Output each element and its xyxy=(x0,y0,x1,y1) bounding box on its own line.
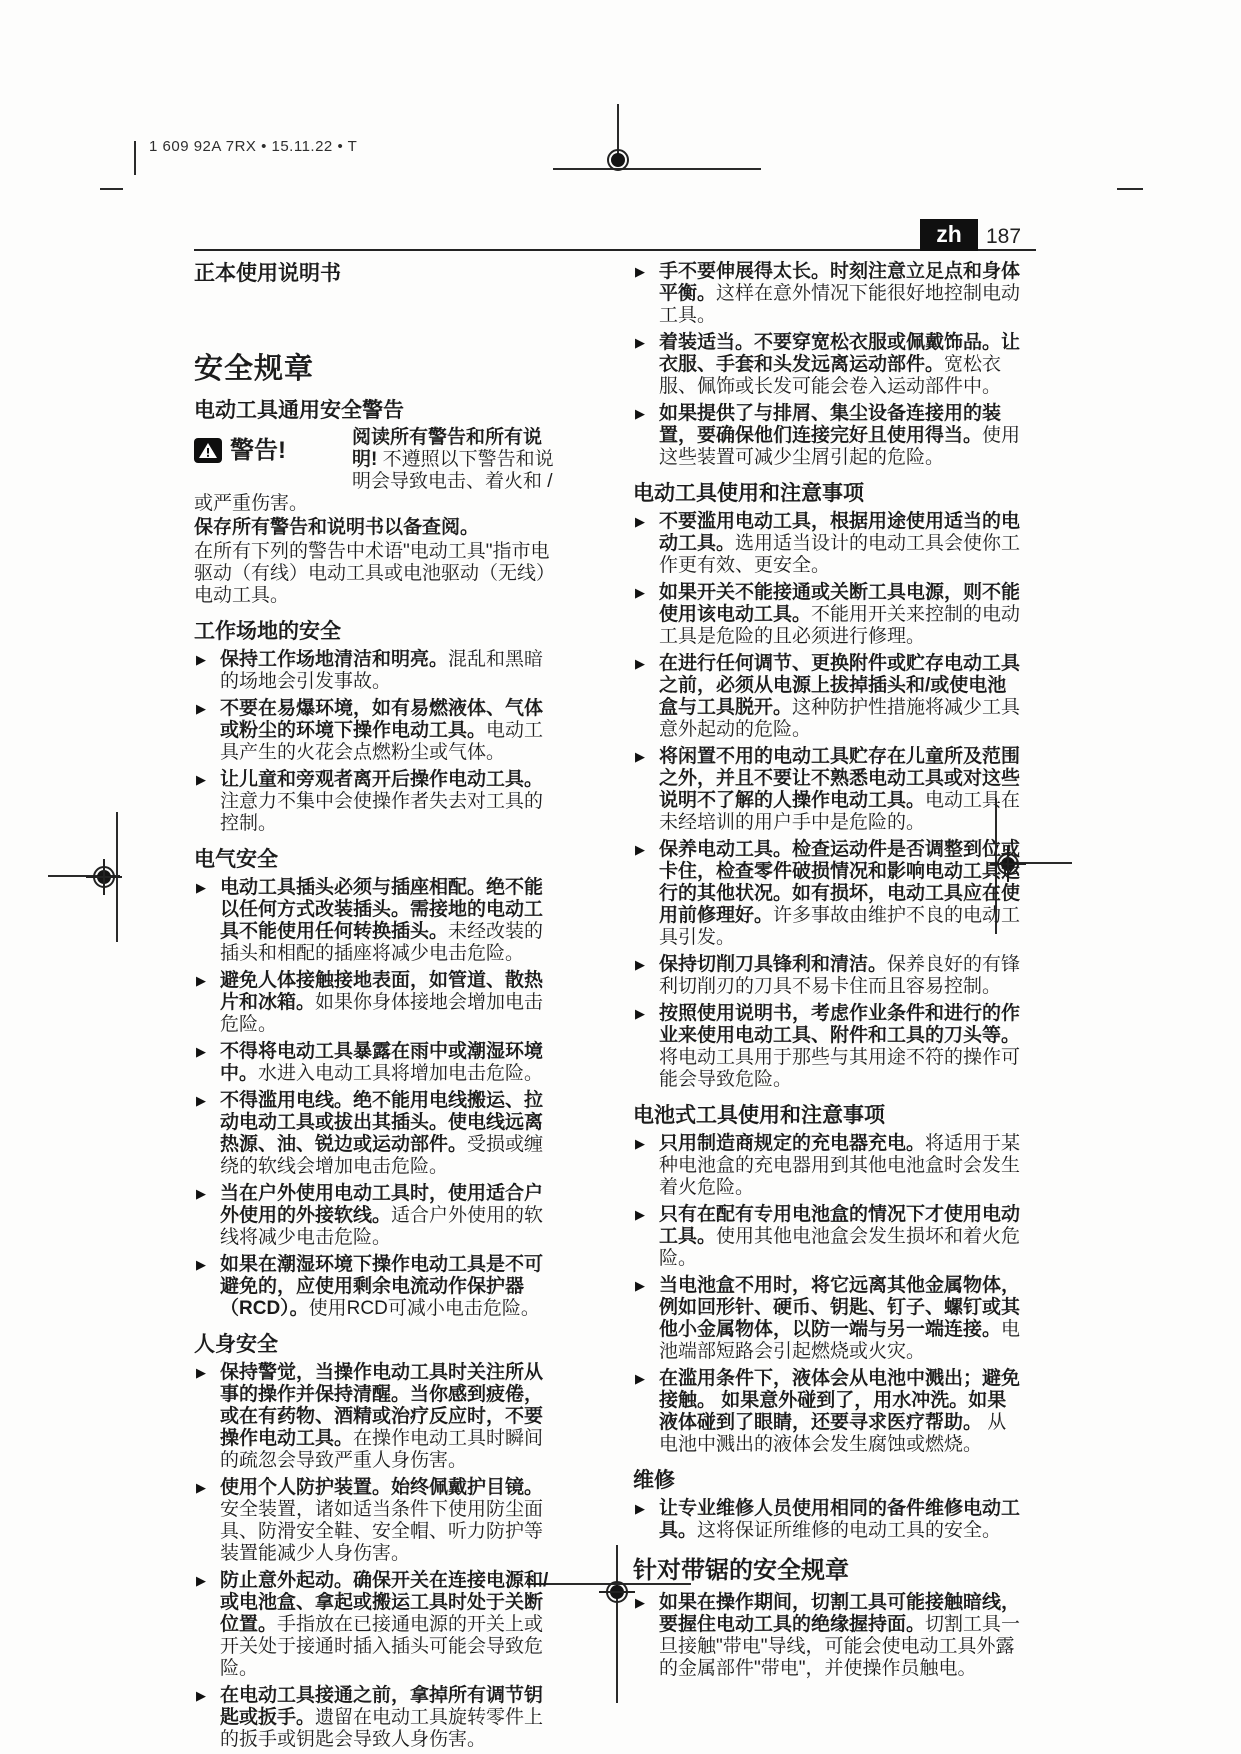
section-heading: 工作场地的安全 xyxy=(194,620,556,644)
bullet-arrow-icon: ▶ xyxy=(196,972,206,990)
bullet-arrow-icon: ▶ xyxy=(196,1687,206,1705)
safety-bullet-item: ▶让儿童和旁观者离开后操作电动工具。注意力不集中会使操作者失去对工具的控制。 xyxy=(194,769,556,835)
bullet-bold-text: 避免人体接触接地表面，如管道、散热片和冰箱。 xyxy=(220,970,543,1013)
bullet-bold-text: 只用制造商规定的充电器充电。 xyxy=(659,1133,925,1154)
bullet-arrow-icon: ▶ xyxy=(196,1364,206,1382)
bullet-text: 保持工作场地清洁和明亮。混乱和黑暗的场地会引发事故。 xyxy=(220,649,543,692)
warning-label: 警告! xyxy=(230,438,286,463)
section-heading: 电动工具通用安全警告 xyxy=(194,399,556,423)
safety-bullet-item: ▶在滥用条件下，液体会从电池中溅出；避免接触。 如果意外碰到了，用水冲洗。如果液… xyxy=(633,1368,1025,1456)
safety-bullet-item: ▶电动工具插头必须与插座相配。绝不能以任何方式改装插头。需接地的电动工具不能使用… xyxy=(194,877,556,965)
bullet-text: 如果在操作期间，切割工具可能接触暗线，要握住电动工具的绝缘握持面。切割工具一旦接… xyxy=(659,1592,1020,1679)
header-rule xyxy=(194,249,1036,251)
bullet-arrow-icon: ▶ xyxy=(196,700,206,718)
language-badge: zh xyxy=(920,219,978,251)
safety-bullet-item: ▶手不要伸展得太长。时刻注意立足点和身体平衡。这样在意外情况下能很好地控制电动工… xyxy=(633,261,1025,327)
safety-bullet-item: ▶不得滥用电线。绝不能用电线搬运、拉动电动工具或拔出其插头。使电线远离热源、油、… xyxy=(194,1090,556,1178)
warning-label-group: 警告! xyxy=(194,427,352,474)
safety-bullet-item: ▶避免人体接触接地表面，如管道、散热片和冰箱。如果你身体接地会增加电击危险。 xyxy=(194,970,556,1036)
bullet-text: 在滥用条件下，液体会从电池中溅出；避免接触。 如果意外碰到了，用水冲洗。如果液体… xyxy=(659,1368,1020,1455)
bullet-text: 避免人体接触接地表面，如管道、散热片和冰箱。如果你身体接地会增加电击危险。 xyxy=(220,970,543,1035)
bullet-text: 着装适当。不要穿宽松衣服或佩戴饰品。让衣服、手套和头发远离运动部件。宽松衣服、佩… xyxy=(659,332,1020,397)
bullet-text: 不要在易爆环境，如有易燃液体、气体或粉尘的环境下操作电动工具。电动工具产生的火花… xyxy=(220,698,543,763)
bullet-bold-text: 如果在潮湿环境下操作电动工具是不可避免的，应使用剩余电流动作保护器（RCD）。 xyxy=(220,1254,543,1319)
bullet-bold-text: 保养电动工具。检查运动件是否调整到位或卡住，检查零件破损情况和影响电动工具运行的… xyxy=(659,839,1020,926)
bullet-bold-text: 防止意外起动。确保开关在连接电源和/或电池盒、拿起或搬运工具时处于关断位置。 xyxy=(220,1570,548,1635)
section-heading: 电气安全 xyxy=(194,848,556,872)
bullet-text: 当电池盒不用时，将它远离其他金属物体，例如回形针、硬币、钥匙、钉子、螺钉或其他小… xyxy=(659,1275,1020,1362)
bullet-arrow-icon: ▶ xyxy=(635,1500,645,1518)
bullet-bold-text: 在滥用条件下，液体会从电池中溅出；避免接触。 如果意外碰到了，用水冲洗。如果液体… xyxy=(659,1368,1020,1433)
safety-bullet-item: ▶只用制造商规定的充电器充电。将适用于某种电池盒的充电器用到其他电池盒时会发生着… xyxy=(633,1133,1025,1199)
safety-bullet-item: ▶不得将电动工具暴露在雨中或潮湿环境中。水进入电动工具将增加电击危险。 xyxy=(194,1041,556,1085)
bullet-bold-text: 保持工作场地清洁和明亮。 xyxy=(220,649,448,670)
bullet-bold-text: 在电动工具接通之前，拿掉所有调节钥匙或扳手。 xyxy=(220,1685,543,1728)
document-code: 1 609 92A 7RX • 15.11.22 • T xyxy=(149,138,357,155)
crop-mark xyxy=(616,1545,618,1703)
bullet-arrow-icon: ▶ xyxy=(196,651,206,669)
bullet-text: 不得滥用电线。绝不能用电线搬运、拉动电动工具或拔出其插头。使电线远离热源、油、锐… xyxy=(220,1090,543,1177)
safety-bullet-item: ▶保持警觉，当操作电动工具时关注所从事的操作并保持清醒。当你感到疲倦，或在有药物… xyxy=(194,1362,556,1472)
bullet-arrow-icon: ▶ xyxy=(196,1256,206,1274)
bullet-arrow-icon: ▶ xyxy=(635,1594,645,1612)
bullet-text: 保持切削刀具锋利和清洁。保养良好的有锋利切削刃的刀具不易卡住而且容易控制。 xyxy=(659,954,1020,997)
warning-note: 警告!阅读所有警告和所有说明! 不遵照以下警告和说明会导致电击、着火和 / 或严… xyxy=(194,427,556,515)
safety-bullet-item: ▶如果提供了与排屑、集尘设备连接用的装置，要确保他们连接完好且使用得当。使用这些… xyxy=(633,403,1025,469)
bullet-text: 不得将电动工具暴露在雨中或潮湿环境中。水进入电动工具将增加电击危险。 xyxy=(220,1041,543,1084)
bullet-arrow-icon: ▶ xyxy=(635,748,645,766)
registration-mark-icon xyxy=(606,1581,628,1603)
bullet-arrow-icon: ▶ xyxy=(635,1206,645,1224)
bullet-bold-text: 着装适当。不要穿宽松衣服或佩戴饰品。让衣服、手套和头发远离运动部件。 xyxy=(659,332,1020,375)
bullet-text: 保持警觉，当操作电动工具时关注所从事的操作并保持清醒。当你感到疲倦，或在有药物、… xyxy=(220,1362,543,1471)
section-title-secondary: 针对带锯的安全规章 xyxy=(633,1557,1025,1585)
bullet-arrow-icon: ▶ xyxy=(635,1277,645,1295)
safety-bullet-item: ▶保持切削刀具锋利和清洁。保养良好的有锋利切削刃的刀具不易卡住而且容易控制。 xyxy=(633,954,1025,998)
bullet-arrow-icon: ▶ xyxy=(635,841,645,859)
bullet-text: 使用个人防护装置。始终佩戴护目镜。安全装置，诸如适当条件下使用防尘面具、防滑安全… xyxy=(220,1477,543,1564)
safety-bullet-item: ▶如果开关不能接通或关断工具电源，则不能使用该电动工具。不能用开关来控制的电动工… xyxy=(633,582,1025,648)
bullet-arrow-icon: ▶ xyxy=(635,1135,645,1153)
section-heading: 电动工具使用和注意事项 xyxy=(633,482,1025,506)
document-type-label: 正本使用说明书 xyxy=(194,262,556,286)
safety-bullet-item: ▶只有在配有专用电池盒的情况下才使用电动工具。使用其他电池盒会发生损坏和着火危险… xyxy=(633,1204,1025,1270)
bullet-text: 防止意外起动。确保开关在连接电源和/或电池盒、拿起或搬运工具时处于关断位置。手指… xyxy=(220,1570,548,1679)
safety-bullet-item: ▶在电动工具接通之前，拿掉所有调节钥匙或扳手。遗留在电动工具旋转零件上的扳手或钥… xyxy=(194,1685,556,1751)
bullet-arrow-icon: ▶ xyxy=(635,584,645,602)
bullet-bold-text: 只有在配有专用电池盒的情况下才使用电动工具。 xyxy=(659,1204,1020,1247)
bullet-arrow-icon: ▶ xyxy=(635,334,645,352)
bullet-bold-text: 当在户外使用电动工具时，使用适合户外使用的外接软线。 xyxy=(220,1183,543,1226)
bullet-text: 在进行任何调节、更换附件或贮存电动工具之前，必须从电源上拔掉插头和/或使电池盒与… xyxy=(659,653,1020,740)
crop-mark xyxy=(100,188,123,190)
safety-bullet-item: ▶当电池盒不用时，将它远离其他金属物体，例如回形针、硬币、钥匙、钉子、螺钉或其他… xyxy=(633,1275,1025,1363)
safety-bullet-item: ▶按照使用说明书，考虑作业条件和进行的作业来使用电动工具、附件和工具的刀头等。将… xyxy=(633,1003,1025,1091)
manual-page: 1 609 92A 7RX • 15.11.22 • T zh 187 正本使用… xyxy=(0,0,1241,1754)
bullet-arrow-icon: ▶ xyxy=(196,1479,206,1497)
safety-bullet-item: ▶将闲置不用的电动工具贮存在儿童所及范围之外，并且不要让不熟悉电动工具或对这些说… xyxy=(633,746,1025,834)
bullet-bold-text: 手不要伸展得太长。时刻注意立足点和身体平衡。 xyxy=(659,261,1020,304)
safety-bullet-item: ▶保持工作场地清洁和明亮。混乱和黑暗的场地会引发事故。 xyxy=(194,649,556,693)
page-number: 187 xyxy=(986,225,1021,249)
bullet-text: 只用制造商规定的充电器充电。将适用于某种电池盒的充电器用到其他电池盒时会发生着火… xyxy=(659,1133,1020,1198)
bullet-bold-text: 电动工具插头必须与插座相配。绝不能以任何方式改装插头。需接地的电动工具不能使用任… xyxy=(220,877,543,942)
bullet-bold-text: 让儿童和旁观者离开后操作电动工具。 xyxy=(220,769,543,790)
bullet-text: 保养电动工具。检查运动件是否调整到位或卡住，检查零件破损情况和影响电动工具运行的… xyxy=(659,839,1020,948)
bullet-bold-text: 不要滥用电动工具，根据用途使用适当的电动工具。 xyxy=(659,511,1020,554)
section-heading: 电池式工具使用和注意事项 xyxy=(633,1104,1025,1128)
bullet-arrow-icon: ▶ xyxy=(635,655,645,673)
safety-bullet-item: ▶让专业维修人员使用相同的备件维修电动工具。这将保证所维修的电动工具的安全。 xyxy=(633,1498,1025,1542)
bullet-bold-text: 保持警觉，当操作电动工具时关注所从事的操作并保持清醒。当你感到疲倦，或在有药物、… xyxy=(220,1362,543,1449)
safety-bullet-item: ▶防止意外起动。确保开关在连接电源和/或电池盒、拿起或搬运工具时处于关断位置。手… xyxy=(194,1570,556,1680)
bullet-arrow-icon: ▶ xyxy=(635,513,645,531)
bullet-text: 电动工具插头必须与插座相配。绝不能以任何方式改装插头。需接地的电动工具不能使用任… xyxy=(220,877,543,964)
registration-mark-icon xyxy=(607,149,629,171)
bullet-text: 只有在配有专用电池盒的情况下才使用电动工具。使用其他电池盒会发生损坏和着火危险。 xyxy=(659,1204,1020,1269)
bullet-bold-text: 不要在易爆环境，如有易燃液体、气体或粉尘的环境下操作电动工具。 xyxy=(220,698,543,741)
bullet-text: 如果在潮湿环境下操作电动工具是不可避免的，应使用剩余电流动作保护器（RCD）。使… xyxy=(220,1254,543,1319)
bullet-text: 当在户外使用电动工具时，使用适合户外使用的外接软线。适合户外使用的软线将减少电击… xyxy=(220,1183,543,1248)
bullet-bold-text: 不得滥用电线。绝不能用电线搬运、拉动电动工具或拔出其插头。使电线远离热源、油、锐… xyxy=(220,1090,543,1155)
bullet-arrow-icon: ▶ xyxy=(196,1092,206,1110)
bullet-bold-text: 不得将电动工具暴露在雨中或潮湿环境中。 xyxy=(220,1041,543,1084)
bullet-bold-text: 当电池盒不用时，将它远离其他金属物体，例如回形针、硬币、钥匙、钉子、螺钉或其他小… xyxy=(659,1275,1020,1340)
safety-bullet-item: ▶当在户外使用电动工具时，使用适合户外使用的外接软线。适合户外使用的软线将减少电… xyxy=(194,1183,556,1249)
bullet-bold-text: 在进行任何调节、更换附件或贮存电动工具之前，必须从电源上拔掉插头和/或使电池盒与… xyxy=(659,653,1020,718)
bullet-text: 让儿童和旁观者离开后操作电动工具。注意力不集中会使操作者失去对工具的控制。 xyxy=(220,769,543,834)
safety-bullet-item: ▶在进行任何调节、更换附件或贮存电动工具之前，必须从电源上拔掉插头和/或使电池盒… xyxy=(633,653,1025,741)
bullet-bold-text: 按照使用说明书，考虑作业条件和进行的作业来使用电动工具、附件和工具的刀头等。 xyxy=(659,1003,1020,1046)
safety-bullet-item: ▶不要滥用电动工具，根据用途使用适当的电动工具。选用适当设计的电动工具会使你工作… xyxy=(633,511,1025,577)
warning-triangle-icon xyxy=(194,438,222,463)
registration-mark-icon xyxy=(93,866,115,888)
warning-bold-text: 阅读所有警告和所有说明! xyxy=(352,427,542,470)
bullet-text: 手不要伸展得太长。时刻注意立足点和身体平衡。这样在意外情况下能很好地控制电动工具… xyxy=(659,261,1020,326)
section-heading: 维修 xyxy=(633,1469,1025,1493)
bullet-arrow-icon: ▶ xyxy=(635,405,645,423)
bullet-arrow-icon: ▶ xyxy=(196,879,206,897)
bullet-arrow-icon: ▶ xyxy=(196,771,206,789)
bullet-bold-text: 保持切削刀具锋利和清洁。 xyxy=(659,954,887,975)
left-column: 正本使用说明书安全规章电动工具通用安全警告警告!阅读所有警告和所有说明! 不遵照… xyxy=(194,262,556,1751)
bullet-arrow-icon: ▶ xyxy=(196,1572,206,1590)
bullet-text: 将闲置不用的电动工具贮存在儿童所及范围之外，并且不要让不熟悉电动工具或对这些说明… xyxy=(659,746,1020,833)
bullet-arrow-icon: ▶ xyxy=(635,1370,645,1388)
safety-bullet-item: ▶不要在易爆环境，如有易燃液体、气体或粉尘的环境下操作电动工具。电动工具产生的火… xyxy=(194,698,556,764)
safety-bullet-item: ▶使用个人防护装置。始终佩戴护目镜。安全装置，诸如适当条件下使用防尘面具、防滑安… xyxy=(194,1477,556,1565)
bullet-text: 如果开关不能接通或关断工具电源，则不能使用该电动工具。不能用开关来控制的电动工具… xyxy=(659,582,1020,647)
bullet-bold-text: 使用个人防护装置。始终佩戴护目镜。 xyxy=(220,1477,543,1498)
bullet-text: 不要滥用电动工具，根据用途使用适当的电动工具。选用适当设计的电动工具会使你工作更… xyxy=(659,511,1020,576)
section-heading: 人身安全 xyxy=(194,1333,556,1357)
bullet-text: 让专业维修人员使用相同的备件维修电动工具。这将保证所维修的电动工具的安全。 xyxy=(659,1498,1020,1541)
crop-mark xyxy=(134,141,136,175)
crop-mark xyxy=(1117,188,1143,190)
bullet-bold-text: 如果提供了与排屑、集尘设备连接用的装置，要确保他们连接完好且使用得当。 xyxy=(659,403,1001,446)
safety-bullet-item: ▶如果在操作期间，切割工具可能接触暗线，要握住电动工具的绝缘握持面。切割工具一旦… xyxy=(633,1592,1025,1680)
safety-bullet-item: ▶如果在潮湿环境下操作电动工具是不可避免的，应使用剩余电流动作保护器（RCD）。… xyxy=(194,1254,556,1320)
bullet-text: 如果提供了与排屑、集尘设备连接用的装置，要确保他们连接完好且使用得当。使用这些装… xyxy=(659,403,1020,468)
bullet-text: 按照使用说明书，考虑作业条件和进行的作业来使用电动工具、附件和工具的刀头等。将电… xyxy=(659,1003,1020,1090)
safety-bullet-item: ▶保养电动工具。检查运动件是否调整到位或卡住，检查零件破损情况和影响电动工具运行… xyxy=(633,839,1025,949)
bullet-bold-text: 如果在操作期间，切割工具可能接触暗线，要握住电动工具的绝缘握持面。 xyxy=(659,1592,1020,1635)
crop-mark xyxy=(553,168,761,170)
right-column: ▶手不要伸展得太长。时刻注意立足点和身体平衡。这样在意外情况下能很好地控制电动工… xyxy=(633,256,1025,1680)
paragraph: 在所有下列的警告中术语"电动工具"指市电驱动（有线）电动工具或电池驱动（无线）电… xyxy=(194,541,556,607)
bullet-arrow-icon: ▶ xyxy=(196,1043,206,1061)
section-title: 安全规章 xyxy=(194,352,556,386)
bullet-arrow-icon: ▶ xyxy=(196,1185,206,1203)
bullet-bold-text: 让专业维修人员使用相同的备件维修电动工具。 xyxy=(659,1498,1020,1541)
bullet-arrow-icon: ▶ xyxy=(635,1005,645,1023)
bullet-text: 在电动工具接通之前，拿掉所有调节钥匙或扳手。遗留在电动工具旋转零件上的扳手或钥匙… xyxy=(220,1685,543,1750)
bullet-bold-text: 将闲置不用的电动工具贮存在儿童所及范围之外，并且不要让不熟悉电动工具或对这些说明… xyxy=(659,746,1020,811)
paragraph-bold: 保存所有警告和说明书以备查阅。 xyxy=(194,517,556,539)
safety-bullet-item: ▶着装适当。不要穿宽松衣服或佩戴饰品。让衣服、手套和头发远离运动部件。宽松衣服、… xyxy=(633,332,1025,398)
bullet-arrow-icon: ▶ xyxy=(635,263,645,281)
bullet-arrow-icon: ▶ xyxy=(635,956,645,974)
bullet-bold-text: 如果开关不能接通或关断工具电源，则不能使用该电动工具。 xyxy=(659,582,1020,625)
